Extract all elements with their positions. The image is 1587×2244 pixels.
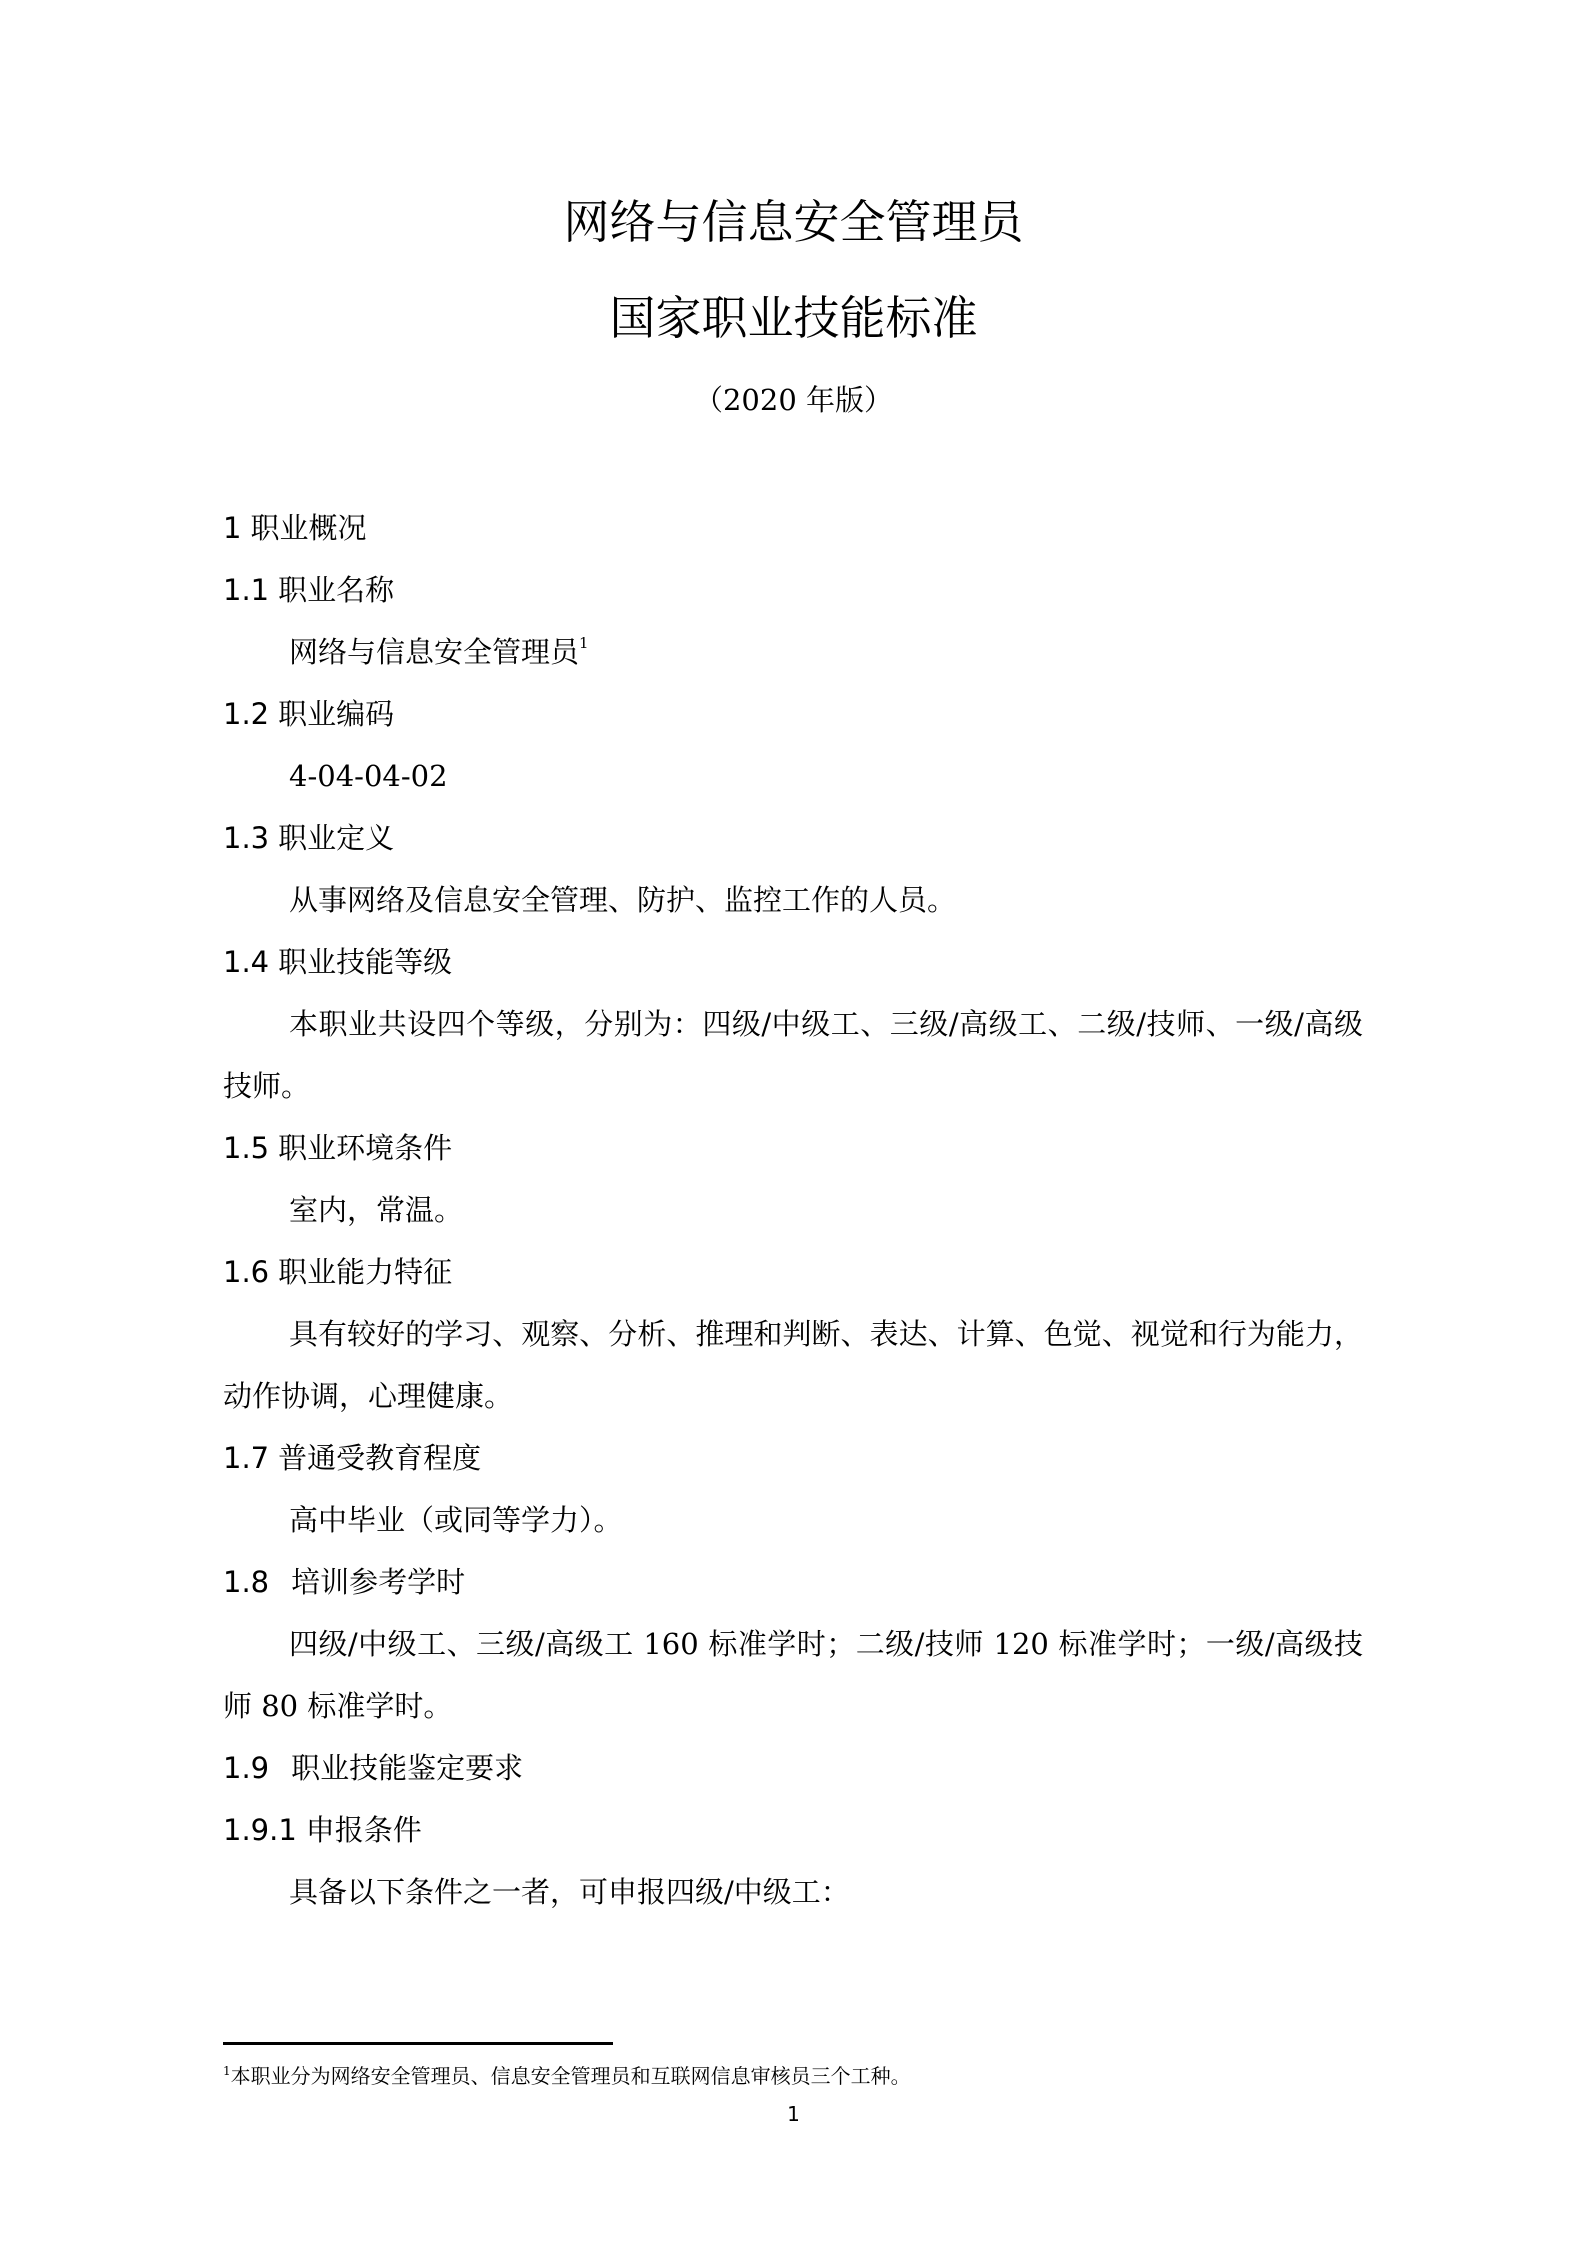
section-heading-1-2: 1.2职业编码 xyxy=(223,694,1363,734)
occupation-name: 网络与信息安全管理员 xyxy=(289,635,579,669)
section-body-1-3: 从事网络及信息安全管理、防护、监控工作的人员。 xyxy=(223,869,1363,931)
section-title: 职业概况 xyxy=(250,511,366,545)
section-heading-1-7: 1.7普通受教育程度 xyxy=(223,1438,1363,1478)
section-title: 普通受教育程度 xyxy=(278,1441,481,1475)
section-body-1-4: 本职业共设四个等级，分别为：四级/中级工、三级/高级工、二级/技师、一级/高级技… xyxy=(223,993,1363,1117)
section-heading-1-1: 1.1职业名称 xyxy=(223,570,1363,610)
document-page: 网络与信息安全管理员 国家职业技能标准 （2020 年版） 1职业概况 1.1职… xyxy=(0,0,1587,2244)
document-edition: （2020 年版） xyxy=(0,380,1587,420)
section-heading-1-8: 1.8培训参考学时 xyxy=(223,1562,1363,1602)
section-number: 1.9 xyxy=(223,1748,269,1788)
section-heading-1-4: 1.4职业技能等级 xyxy=(223,942,1363,982)
section-number: 1 xyxy=(223,508,241,548)
footnote-separator xyxy=(223,2042,613,2045)
section-title: 职业能力特征 xyxy=(278,1255,452,1289)
document-body: 1职业概况 1.1职业名称 网络与信息安全管理员1 1.2职业编码 4-04-0… xyxy=(223,508,1363,1934)
section-heading-1-9-1: 1.9.1申报条件 xyxy=(223,1810,1363,1850)
section-title: 职业技能鉴定要求 xyxy=(291,1751,523,1785)
section-body-1-9-1: 具备以下条件之一者，可申报四级/中级工： xyxy=(223,1861,1363,1923)
section-number: 1.7 xyxy=(223,1438,269,1478)
section-number: 1.1 xyxy=(223,570,269,610)
section-heading-1-5: 1.5职业环境条件 xyxy=(223,1128,1363,1168)
section-body-1-5: 室内，常温。 xyxy=(223,1179,1363,1241)
section-heading-1-9: 1.9职业技能鉴定要求 xyxy=(223,1748,1363,1788)
section-body-1-1: 网络与信息安全管理员1 xyxy=(223,621,1363,683)
section-title: 职业技能等级 xyxy=(278,945,452,979)
section-number: 1.2 xyxy=(223,694,269,734)
section-body-1-2: 4-04-04-02 xyxy=(223,745,1363,807)
section-number: 1.4 xyxy=(223,942,269,982)
footnote-text: 本职业分为网络安全管理员、信息安全管理员和互联网信息审核员三个工种。 xyxy=(231,2064,911,2088)
page-number: 1 xyxy=(0,2100,1587,2128)
section-title: 职业编码 xyxy=(278,697,394,731)
section-title: 职业名称 xyxy=(278,573,394,607)
section-title: 职业定义 xyxy=(278,821,394,855)
section-number: 1.5 xyxy=(223,1128,269,1168)
section-number: 1.9.1 xyxy=(223,1810,297,1850)
section-heading-1-6: 1.6职业能力特征 xyxy=(223,1252,1363,1292)
section-heading-1: 1职业概况 xyxy=(223,508,1363,548)
section-body-1-6: 具有较好的学习、观察、分析、推理和判断、表达、计算、色觉、视觉和行为能力，动作协… xyxy=(223,1303,1363,1427)
footnote: 1本职业分为网络安全管理员、信息安全管理员和互联网信息审核员三个工种。 xyxy=(223,2062,911,2090)
section-body-1-8: 四级/中级工、三级/高级工 160 标准学时；二级/技师 120 标准学时；一级… xyxy=(223,1613,1363,1737)
section-number: 1.3 xyxy=(223,818,269,858)
footnote-reference[interactable]: 1 xyxy=(579,634,589,652)
section-body-1-7: 高中毕业（或同等学力）。 xyxy=(223,1489,1363,1551)
section-title: 培训参考学时 xyxy=(291,1565,465,1599)
section-number: 1.6 xyxy=(223,1252,269,1292)
document-title: 网络与信息安全管理员 xyxy=(0,192,1587,252)
footnote-marker: 1 xyxy=(223,2064,231,2078)
section-title: 申报条件 xyxy=(306,1813,422,1847)
section-heading-1-3: 1.3职业定义 xyxy=(223,818,1363,858)
section-title: 职业环境条件 xyxy=(278,1131,452,1165)
section-number: 1.8 xyxy=(223,1562,269,1602)
document-subtitle: 国家职业技能标准 xyxy=(0,288,1587,348)
